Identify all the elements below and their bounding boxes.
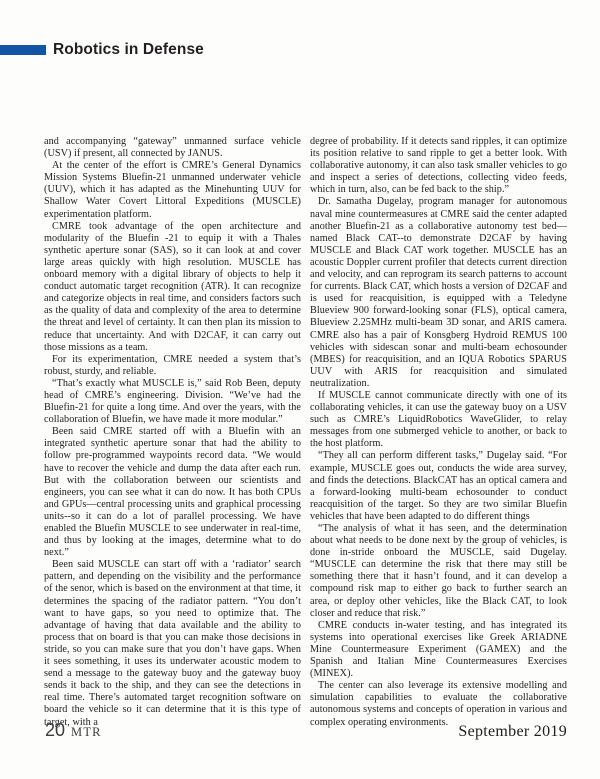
paragraph: “That’s exactly what MUSCLE is,” said Ro…	[44, 378, 301, 426]
folio: 20MTR	[45, 720, 102, 741]
article-body: and accompanying “gateway” unmanned surf…	[44, 136, 568, 729]
section-header: Robotics in Defense	[0, 42, 204, 58]
paragraph: For its experimentation, CMRE needed a s…	[44, 354, 301, 378]
page-number: 20	[45, 720, 65, 740]
paragraph: If MUSCLE cannot communicate directly wi…	[310, 390, 567, 450]
paragraph: and accompanying “gateway” unmanned surf…	[44, 136, 301, 160]
accent-bar-icon	[0, 45, 46, 55]
magazine-name: MTR	[71, 725, 102, 739]
article-column-left: and accompanying “gateway” unmanned surf…	[44, 136, 301, 729]
article-column-right: degree of probability. If it detects san…	[310, 136, 567, 729]
paragraph: At the center of the effort is CMRE’s Ge…	[44, 160, 301, 220]
paragraph: Dr. Samatha Dugelay, program manager for…	[310, 196, 567, 390]
paragraph: “They all can perform different tasks,” …	[310, 450, 567, 523]
paragraph: CMRE conducts in-water testing, and has …	[310, 620, 567, 680]
paragraph: degree of probability. If it detects san…	[310, 136, 567, 196]
paragraph: Been said MUSCLE can start off with a ‘r…	[44, 559, 301, 728]
issue-date: September 2019	[458, 723, 567, 741]
page-footer: 20MTR September 2019	[45, 720, 567, 741]
paragraph: Been said CMRE started off with a Bluefi…	[44, 426, 301, 559]
magazine-page: Robotics in Defense and accompanying “ga…	[0, 0, 600, 779]
paragraph: “The analysis of what it has seen, and t…	[310, 523, 567, 620]
paragraph: CMRE took advantage of the open architec…	[44, 221, 301, 354]
section-title: Robotics in Defense	[53, 42, 204, 58]
